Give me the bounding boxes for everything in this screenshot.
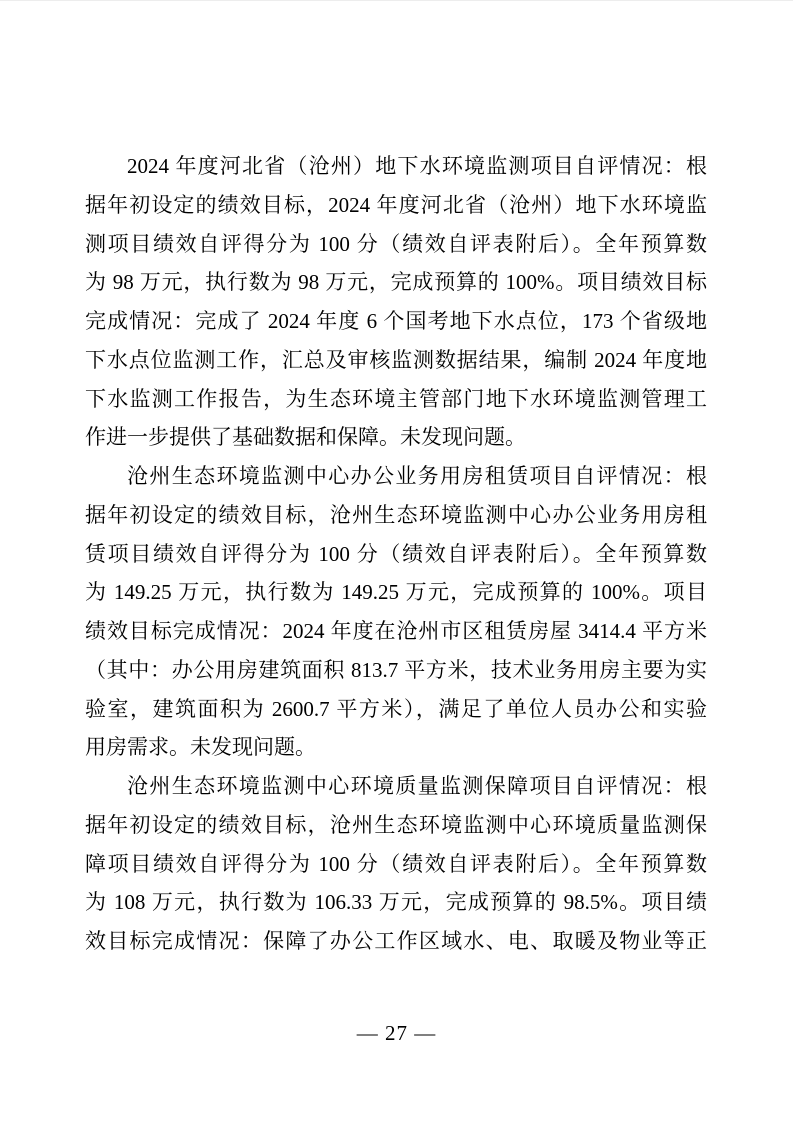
text-line: 障项目绩效自评得分为 100 分（绩效自评表附后）。全年预算数 <box>85 845 707 884</box>
text-line: 为 98 万元，执行数为 98 万元，完成预算的 100%。项目绩效目标 <box>85 263 707 302</box>
text-line: 绩效目标完成情况：2024 年度在沧州市区租赁房屋 3414.4 平方米 <box>85 612 707 651</box>
text-line: 沧州生态环境监测中心环境质量监测保障项目自评情况：根 <box>85 767 707 806</box>
text-line: 据年初设定的绩效目标，2024 年度河北省（沧州）地下水环境监 <box>85 186 707 225</box>
para-groundwater-monitoring-self-eval: 2024 年度河北省（沧州）地下水环境监测项目自评情况：根据年初设定的绩效目标，… <box>85 147 707 457</box>
page-number: — 27 — <box>0 1014 793 1053</box>
text-line: （其中：办公用房建筑面积 813.7 平方米，技术业务用房主要为实 <box>85 651 707 690</box>
para-quality-monitoring-support-self-eval: 沧州生态环境监测中心环境质量监测保障项目自评情况：根据年初设定的绩效目标，沧州生… <box>85 767 707 961</box>
text-line: 赁项目绩效自评得分为 100 分（绩效自评表附后）。全年预算数 <box>85 535 707 574</box>
text-line: 为 149.25 万元，执行数为 149.25 万元，完成预算的 100%。项目 <box>85 573 707 612</box>
text-line: 据年初设定的绩效目标，沧州生态环境监测中心办公业务用房租 <box>85 496 707 535</box>
text-line: 据年初设定的绩效目标，沧州生态环境监测中心环境质量监测保 <box>85 806 707 845</box>
text-line: 用房需求。未发现问题。 <box>85 728 707 767</box>
document-page: 2024 年度河北省（沧州）地下水环境监测项目自评情况：根据年初设定的绩效目标，… <box>0 0 793 1122</box>
text-line: 验室，建筑面积为 2600.7 平方米），满足了单位人员办公和实验 <box>85 690 707 729</box>
text-line: 为 108 万元，执行数为 106.33 万元，完成预算的 98.5%。项目绩 <box>85 883 707 922</box>
text-line: 下水监测工作报告，为生态环境主管部门地下水环境监测管理工 <box>85 380 707 419</box>
text-line: 2024 年度河北省（沧州）地下水环境监测项目自评情况：根 <box>85 147 707 186</box>
text-line: 完成情况：完成了 2024 年度 6 个国考地下水点位，173 个省级地 <box>85 302 707 341</box>
text-line: 下水点位监测工作，汇总及审核监测数据结果，编制 2024 年度地 <box>85 341 707 380</box>
text-line: 效目标完成情况：保障了办公工作区域水、电、取暖及物业等正 <box>85 922 707 961</box>
document-body: 2024 年度河北省（沧州）地下水环境监测项目自评情况：根据年初设定的绩效目标，… <box>85 147 707 961</box>
para-office-rental-self-eval: 沧州生态环境监测中心办公业务用房租赁项目自评情况：根据年初设定的绩效目标，沧州生… <box>85 457 707 767</box>
text-line: 沧州生态环境监测中心办公业务用房租赁项目自评情况：根 <box>85 457 707 496</box>
text-line: 测项目绩效自评得分为 100 分（绩效自评表附后）。全年预算数 <box>85 225 707 264</box>
text-line: 作进一步提供了基础数据和保障。未发现问题。 <box>85 418 707 457</box>
